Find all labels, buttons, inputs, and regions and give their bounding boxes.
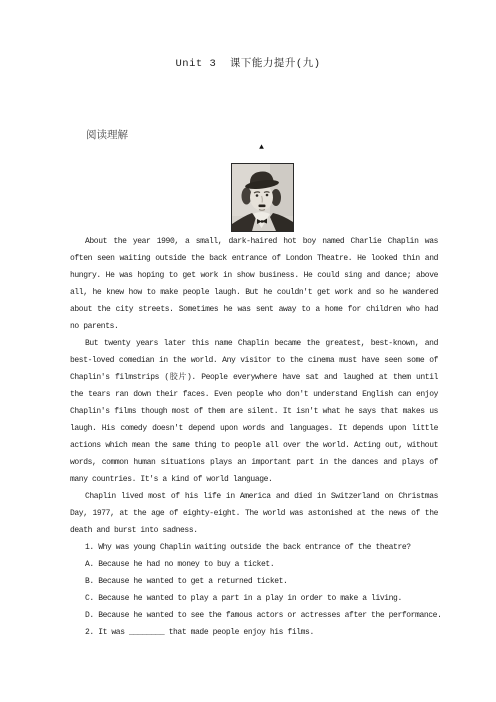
worksheet-page: Unit 3 课下能力提升(九) 阅读理解 ▲ (0, 0, 496, 702)
question-1: 1. Why was young Chaplin waiting outside… (70, 539, 438, 556)
chaplin-portrait-illustration (232, 164, 293, 231)
triangle-marker-icon: ▲ (231, 144, 292, 152)
article-paragraph-3: Chaplin lived most of his life in Americ… (70, 488, 438, 539)
article-paragraph-2: But twenty years later this name Chaplin… (70, 335, 438, 488)
question-1-option-c: C. Because he wanted to play a part in a… (70, 590, 438, 607)
article-body: About the year 1990, a small, dark-haire… (70, 233, 438, 641)
question-2: 2. It was ________ that made people enjo… (70, 624, 438, 641)
chaplin-photo (231, 163, 294, 232)
section-label-reading-comprehension: 阅读理解 (86, 127, 128, 142)
question-1-option-d: D. Because he wanted to see the famous a… (70, 607, 438, 624)
article-paragraph-1: About the year 1990, a small, dark-haire… (70, 233, 438, 335)
question-1-option-b: B. Because he wanted to get a returned t… (70, 573, 438, 590)
page-title: Unit 3 课下能力提升(九) (0, 55, 496, 70)
question-1-option-a: A. Because he had no money to buy a tick… (70, 556, 438, 573)
